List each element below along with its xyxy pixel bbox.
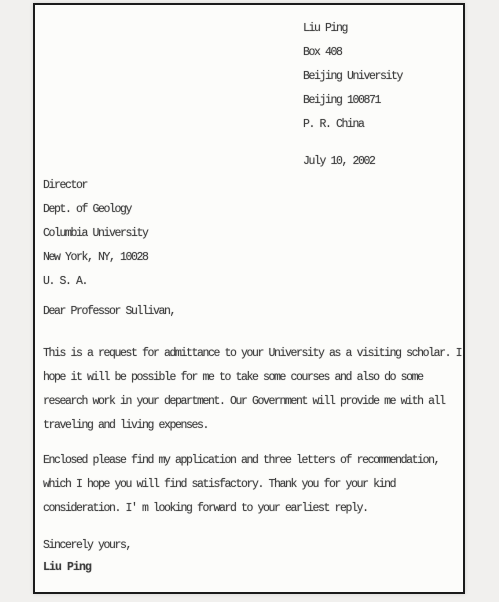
body-line: which I hope you will find satisfactory.… [43, 473, 457, 497]
body-paragraph-1: This is a request for admittance to your… [43, 342, 457, 438]
body-line: traveling and living expenses. [43, 414, 457, 438]
signature: Liu Ping [43, 556, 457, 580]
sender-city-postcode: Beijing 100871 [303, 89, 457, 113]
recipient-country: U. S. A. [43, 270, 457, 294]
body-line: This is a request for admittance to your… [43, 342, 457, 366]
sender-address-block: Liu Ping Box 408 Beijing University Beij… [303, 17, 457, 137]
scanned-letter-page: Liu Ping Box 408 Beijing University Beij… [0, 0, 499, 602]
sender-name: Liu Ping [303, 17, 457, 41]
recipient-department: Dept. of Geology [43, 198, 457, 222]
letter-date: July 10, 2002 [303, 150, 457, 174]
sender-university: Beijing University [303, 65, 457, 89]
body-line: hope it will be possible for me to take … [43, 366, 457, 390]
salutation: Dear Professor Sullivan, [43, 300, 457, 324]
recipient-address-block: Director Dept. of Geology Columbia Unive… [43, 174, 457, 294]
recipient-university: Columbia University [43, 222, 457, 246]
body-line: research work in your department. Our Go… [43, 390, 457, 414]
closing: Sincerely yours, [43, 535, 457, 556]
recipient-title: Director [43, 174, 457, 198]
sender-box: Box 408 [303, 41, 457, 65]
body-line: consideration. I' m looking forward to y… [43, 497, 457, 521]
sender-country: P. R. China [303, 113, 457, 137]
recipient-city: New York, NY, 10028 [43, 246, 457, 270]
body-paragraph-2: Enclosed please find my application and … [43, 449, 457, 521]
letter-paper: Liu Ping Box 408 Beijing University Beij… [33, 3, 465, 594]
body-line: Enclosed please find my application and … [43, 449, 457, 473]
